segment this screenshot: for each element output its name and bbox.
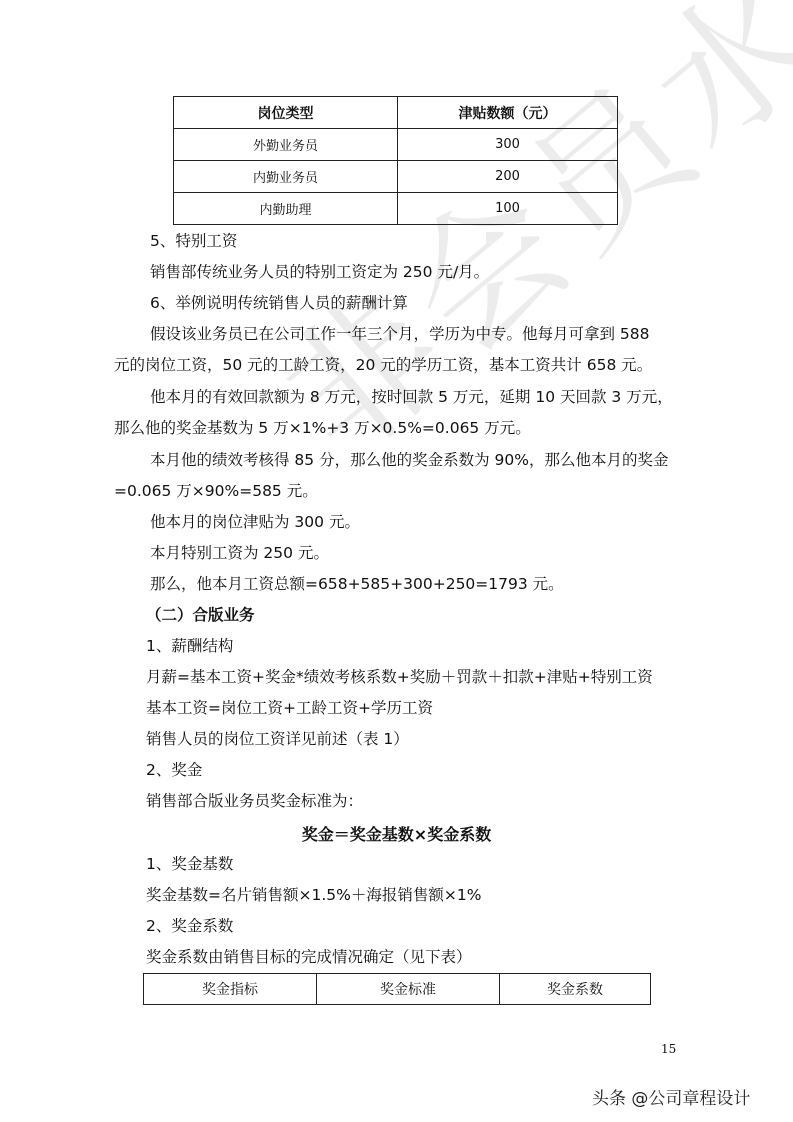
- table-header-cell: 岗位类型: [174, 97, 398, 129]
- table-header-cell: 奖金系数: [500, 974, 651, 1005]
- paragraph: =0.065 万×90%=585 元。: [114, 481, 318, 501]
- paragraph: 元的岗位工资，50 元的工龄工资，20 元的学历工资，基本工资共计 658 元。: [114, 355, 652, 375]
- table-header-row: 岗位类型 津贴数额（元）: [174, 97, 618, 129]
- table-cell: 内勤助理: [174, 193, 398, 225]
- bonus-formula: 奖金＝奖金基数×奖金系数: [0, 822, 793, 845]
- paragraph: 本月特别工资为 250 元。: [150, 543, 329, 563]
- paragraph: 奖金系数由销售目标的完成情况确定（见下表）: [146, 947, 472, 967]
- source-watermark: 头条 @公司章程设计: [592, 1084, 750, 1109]
- table-cell: 100: [398, 193, 618, 225]
- table-row: 外勤业务员 300: [174, 129, 618, 161]
- allowance-table: 岗位类型 津贴数额（元） 外勤业务员 300 内勤业务员 200 内勤助理 10…: [173, 96, 618, 225]
- paragraph: 奖金基数=名片销售额×1.5%＋海报销售额×1%: [146, 885, 481, 905]
- table-row: 内勤助理 100: [174, 193, 618, 225]
- paragraph: 那么，他本月工资总额=658+585+300+250=1793 元。: [150, 574, 564, 594]
- paragraph: 销售部合版业务员奖金标准为：: [146, 791, 363, 811]
- table-header-cell: 津贴数额（元）: [398, 97, 618, 129]
- table-cell: 外勤业务员: [174, 129, 398, 161]
- paragraph: 销售人员的岗位工资详见前述（表 1）: [146, 729, 409, 749]
- table-header-cell: 奖金标准: [317, 974, 500, 1005]
- table-cell: 内勤业务员: [174, 161, 398, 193]
- paragraph: 销售部传统业务人员的特别工资定为 250 元/月。: [150, 262, 489, 282]
- document-page: 非会员水印 岗位类型 津贴数额（元） 外勤业务员 300 内勤业务员 200 内…: [0, 0, 793, 1122]
- section-title: （二）合版业务: [146, 605, 255, 625]
- table-row: 内勤业务员 200: [174, 161, 618, 193]
- page-number: 15: [661, 1042, 676, 1056]
- section-heading: 5、特别工资: [150, 231, 237, 251]
- table-cell: 200: [398, 161, 618, 193]
- section-heading: 1、薪酬结构: [146, 636, 233, 656]
- paragraph: 本月他的绩效考核得 85 分，那么他的奖金系数为 90%，那么他本月的奖金: [150, 450, 668, 470]
- bonus-coefficient-table: 奖金指标 奖金标准 奖金系数: [143, 973, 651, 1005]
- section-heading: 6、举例说明传统销售人员的薪酬计算: [150, 293, 408, 313]
- paragraph: 假设该业务员已在公司工作一年三个月，学历为中专。他每月可拿到 588: [150, 324, 650, 344]
- paragraph: 基本工资=岗位工资+工龄工资+学历工资: [146, 698, 433, 718]
- section-heading: 2、奖金: [146, 760, 202, 780]
- table-header-cell: 奖金指标: [144, 974, 317, 1005]
- section-heading: 1、奖金基数: [146, 854, 233, 874]
- paragraph: 他本月的有效回款额为 8 万元，按时回款 5 万元，延期 10 天回款 3 万元…: [150, 387, 673, 407]
- paragraph: 那么他的奖金基数为 5 万×1%+3 万×0.5%=0.065 万元。: [114, 418, 531, 438]
- table-header-row: 奖金指标 奖金标准 奖金系数: [144, 974, 651, 1005]
- section-heading: 2、奖金系数: [146, 916, 233, 936]
- paragraph: 月薪=基本工资+奖金*绩效考核系数+奖励＋罚款＋扣款+津贴+特别工资: [146, 667, 653, 687]
- table-cell: 300: [398, 129, 618, 161]
- paragraph: 他本月的岗位津贴为 300 元。: [150, 512, 360, 532]
